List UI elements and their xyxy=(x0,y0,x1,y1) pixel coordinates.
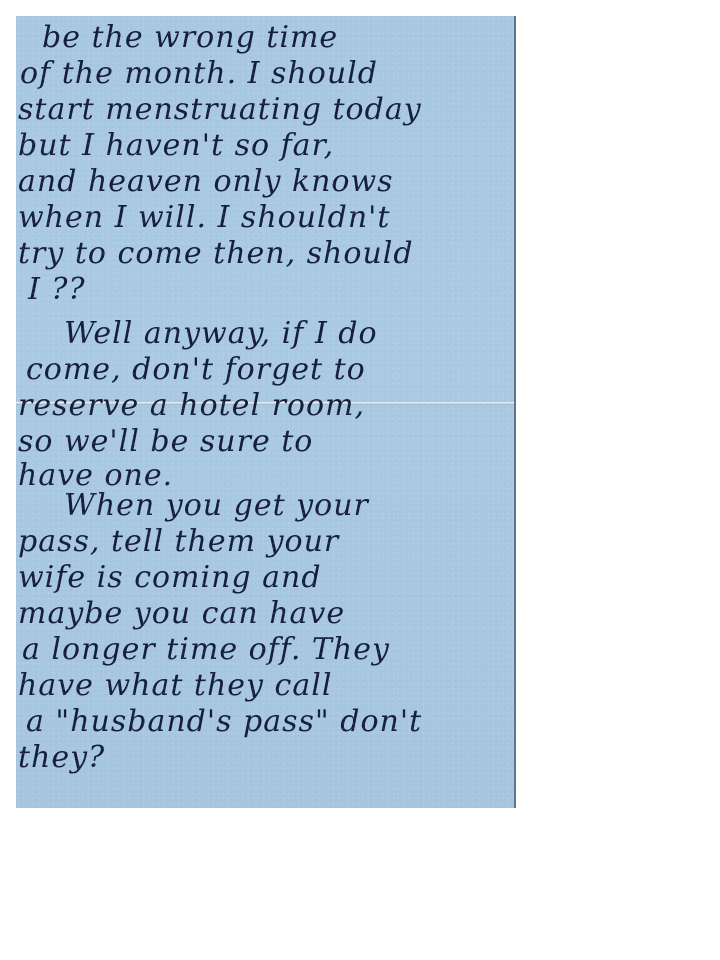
letter-line: a "husband's pass" don't xyxy=(26,704,422,739)
letter-line: try to come then, should xyxy=(18,236,414,271)
letter-line: have what they call xyxy=(18,668,332,703)
letter-line: so we'll be sure to xyxy=(18,424,313,459)
letter-line: pass, tell them your xyxy=(18,524,339,559)
letter-line: start menstruating today xyxy=(18,92,422,127)
letter-line: maybe you can have xyxy=(18,596,345,631)
letter-line: a longer time off. They xyxy=(22,632,390,667)
letter-line: Well anyway, if I do xyxy=(64,316,378,351)
letter-line: but I haven't so far, xyxy=(18,128,334,163)
letter-line: I ?? xyxy=(28,272,86,307)
letter-line: of the month. I should xyxy=(20,56,378,91)
letter-line: When you get your xyxy=(64,488,369,523)
letter-paper: be the wrong time of the month. I should… xyxy=(16,16,516,808)
scanned-page: be the wrong time of the month. I should… xyxy=(0,0,720,960)
letter-line: and heaven only knows xyxy=(18,164,394,199)
letter-line: reserve a hotel room, xyxy=(18,388,365,423)
letter-line: be the wrong time xyxy=(42,20,338,55)
letter-line: when I will. I shouldn't xyxy=(18,200,390,235)
letter-line: they? xyxy=(18,740,105,775)
letter-line: come, don't forget to xyxy=(26,352,366,387)
letter-line: wife is coming and xyxy=(18,560,322,595)
